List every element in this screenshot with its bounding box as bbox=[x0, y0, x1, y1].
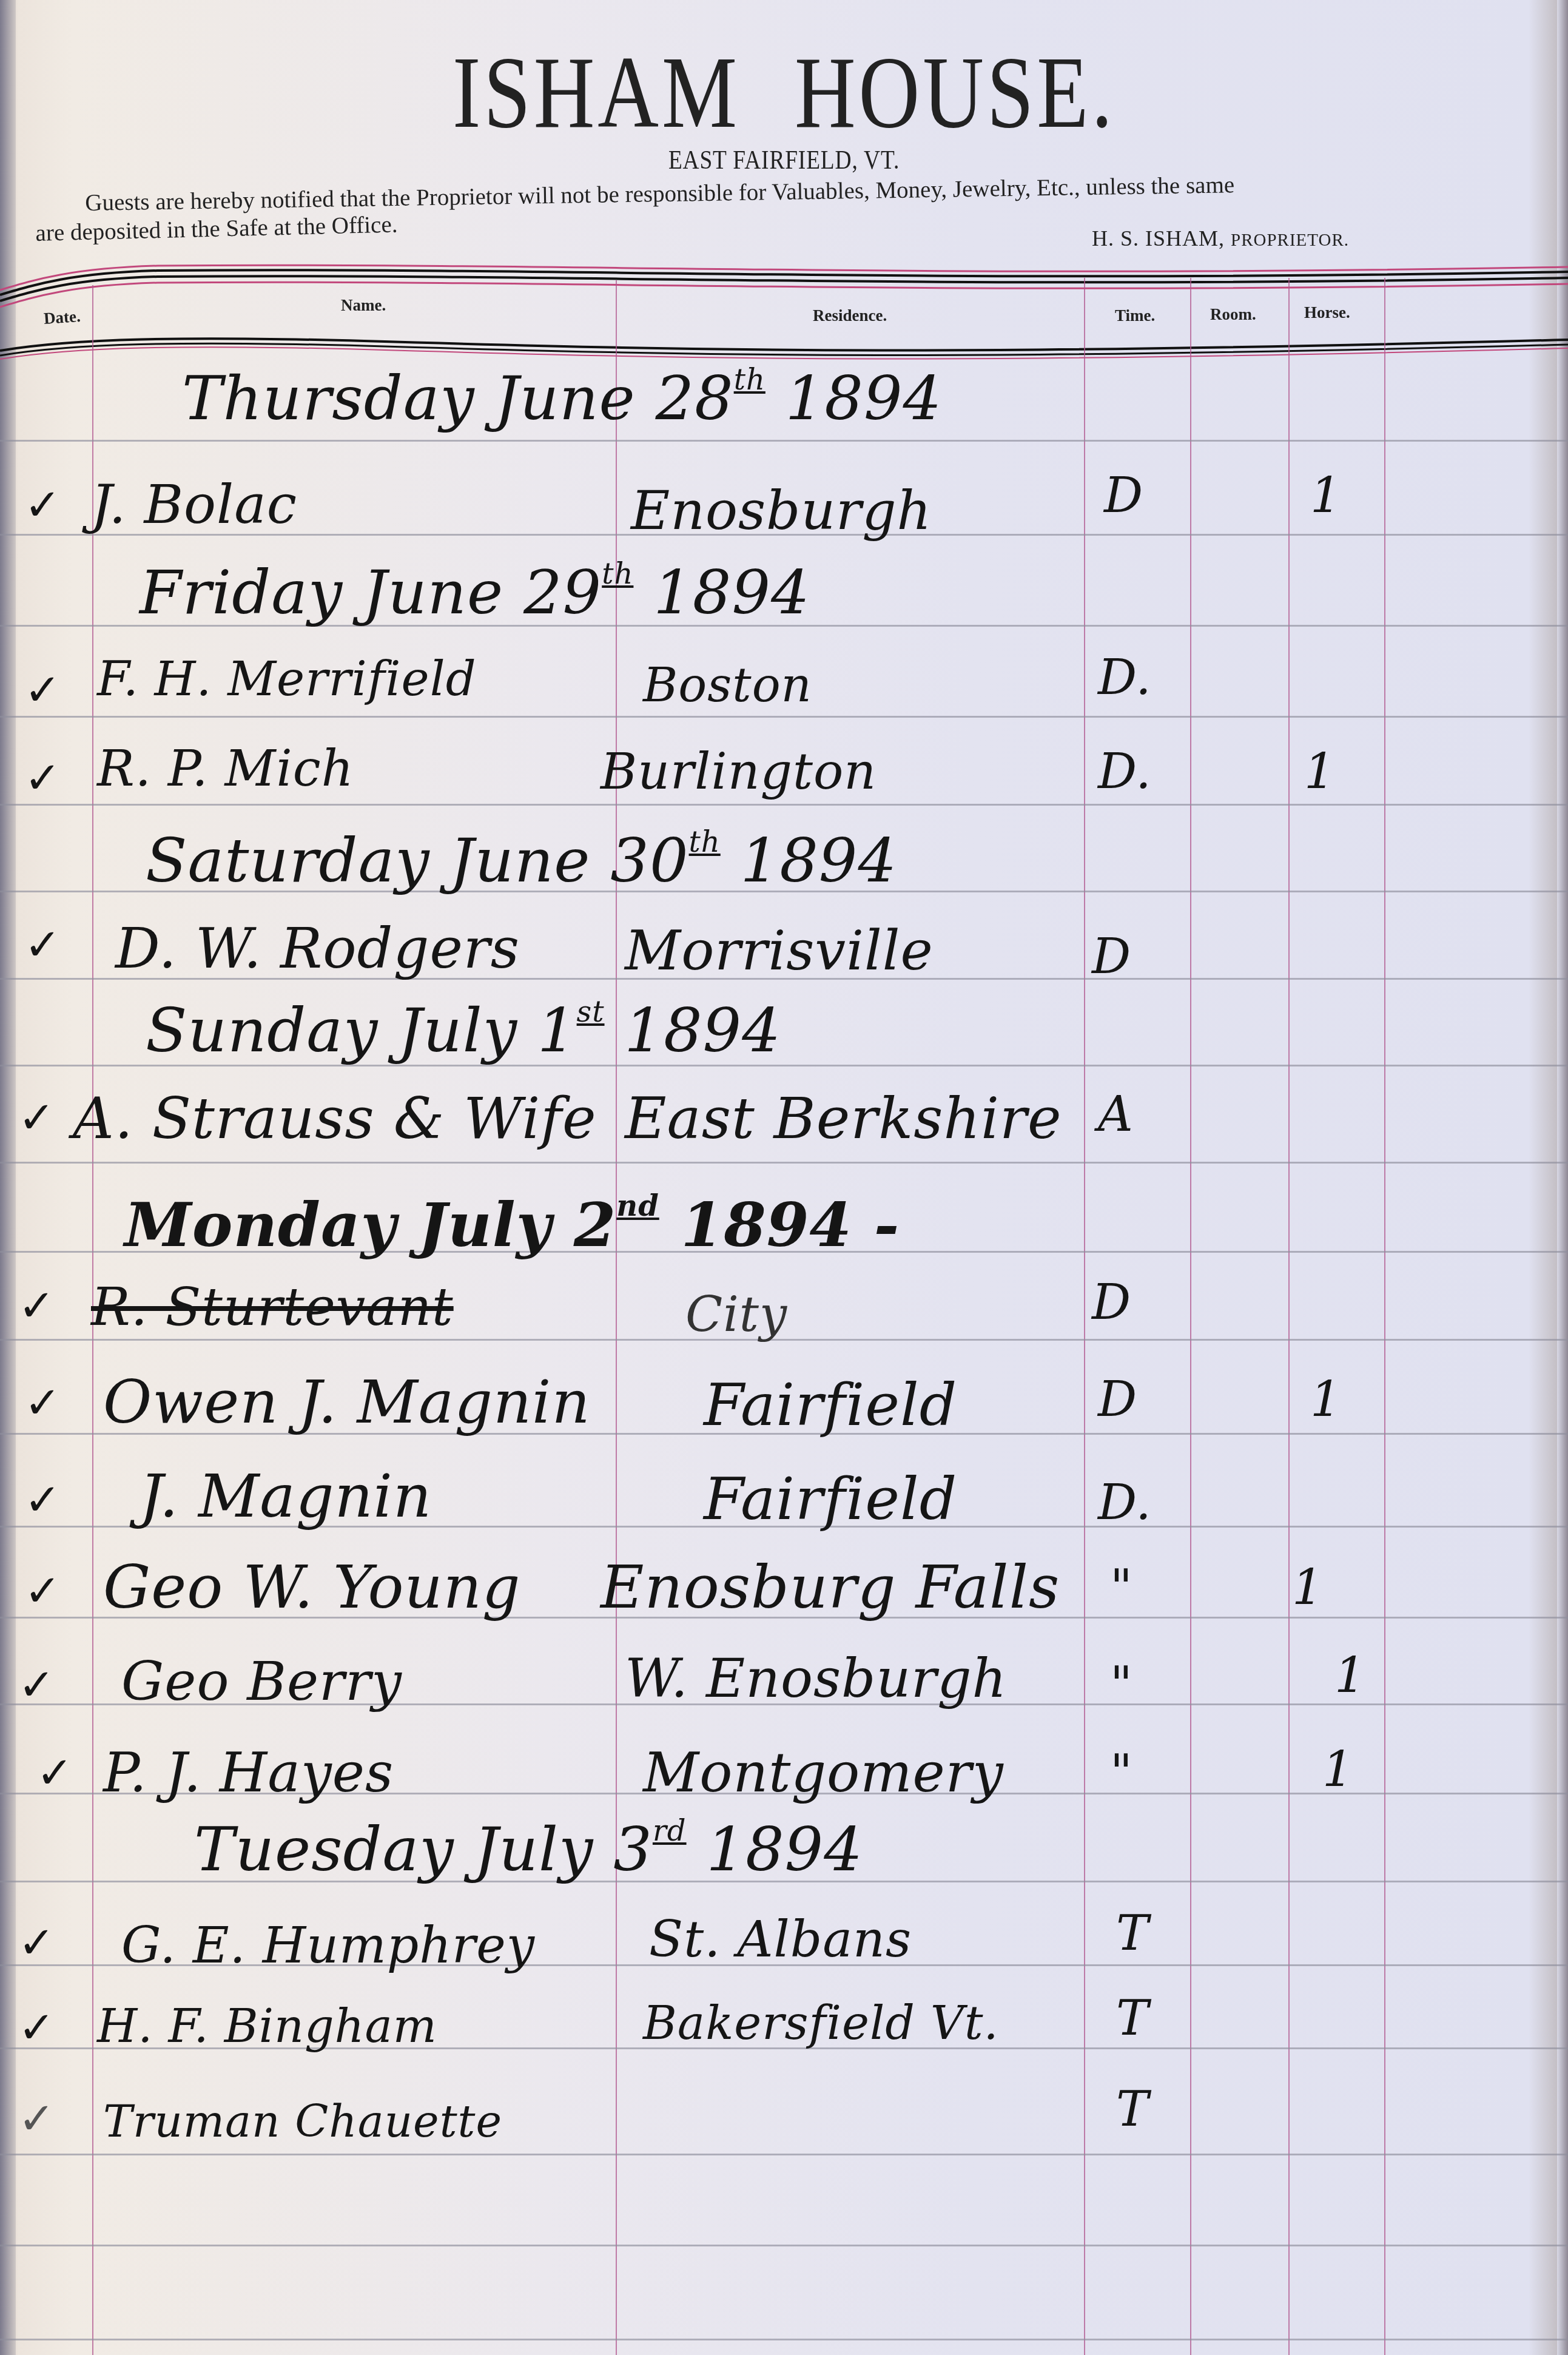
checkmark: ✓ bbox=[18, 2093, 55, 2144]
guest-residence: East Berkshire bbox=[625, 1086, 1062, 1152]
guest-time: T bbox=[1116, 2081, 1149, 2137]
ruled-line bbox=[0, 804, 1568, 806]
column-header-horse: Horse. bbox=[1304, 303, 1350, 322]
checkmark: ✓ bbox=[18, 1280, 55, 1331]
guest-name: R. Sturtevant bbox=[91, 1277, 454, 1338]
ruled-line bbox=[0, 440, 1568, 442]
ruled-line bbox=[0, 1162, 1568, 1164]
guest-residence: Fairfield bbox=[704, 1371, 957, 1439]
guest-time: " bbox=[1110, 1559, 1133, 1615]
guest-name: J. Magnin bbox=[140, 1462, 432, 1531]
guest-name: Owen J. Magnin bbox=[103, 1368, 591, 1437]
guest-horse: 1 bbox=[1304, 743, 1336, 800]
checkmark: ✓ bbox=[24, 752, 61, 803]
guest-residence: Boston bbox=[643, 658, 812, 713]
column-header-time: Time. bbox=[1115, 306, 1155, 325]
guest-time: T bbox=[1116, 1905, 1149, 1961]
checkmark: ✓ bbox=[24, 1377, 61, 1428]
date-heading-sunday: Sunday July 1st 1894 bbox=[146, 995, 781, 1066]
date-heading-monday: Monday July 2nd 1894 - bbox=[124, 1189, 900, 1261]
date-heading-saturday: Saturday June 30th 1894 bbox=[146, 825, 897, 896]
guest-name: A. Strauss & Wife bbox=[73, 1086, 597, 1152]
hotel-title: ISHAMHOUSE. bbox=[141, 33, 1427, 152]
guest-residence: Montgomery bbox=[643, 1741, 1004, 1805]
guest-name: Truman Chauette bbox=[103, 2096, 502, 2147]
checkmark: ✓ bbox=[24, 1565, 61, 1616]
checkmark: ✓ bbox=[18, 1092, 55, 1143]
column-header-room: Room. bbox=[1210, 305, 1256, 324]
column-divider-time bbox=[1190, 278, 1191, 2355]
ruled-line bbox=[0, 2245, 1568, 2246]
date-heading-thursday: Thursday June 28th 1894 bbox=[182, 363, 942, 434]
guest-name: G. E. Humphrey bbox=[121, 1917, 535, 1975]
guest-residence: Bakersfield Vt. bbox=[643, 1996, 999, 2050]
guest-residence: St. Albans bbox=[649, 1911, 912, 1969]
column-header-date: Date. bbox=[43, 307, 81, 328]
guest-horse: 1 bbox=[1322, 1741, 1354, 1797]
checkmark: ✓ bbox=[24, 479, 61, 530]
guest-name: R. P. Mich bbox=[97, 740, 354, 798]
guest-residence: City bbox=[685, 1286, 787, 1343]
guest-residence: Enosburgh bbox=[631, 479, 932, 542]
guest-time: D bbox=[1104, 467, 1143, 524]
guest-residence: Fairfield bbox=[704, 1465, 957, 1533]
guest-horse: 1 bbox=[1292, 1559, 1324, 1615]
guest-name: F. H. Merrifield bbox=[97, 652, 477, 707]
title-word-isham: ISHAM bbox=[453, 35, 740, 149]
header-bottom-rule bbox=[0, 328, 1568, 364]
guest-name: H. F. Bingham bbox=[97, 1999, 437, 2053]
guest-time: " bbox=[1110, 1656, 1133, 1713]
guest-name: D. W. Rodgers bbox=[115, 916, 520, 981]
guest-time: A bbox=[1098, 1086, 1134, 1142]
guest-name: Geo W. Young bbox=[103, 1553, 520, 1622]
top-rule-band bbox=[0, 255, 1568, 309]
date-heading-tuesday: Tuesday July 3rd 1894 bbox=[194, 1814, 863, 1885]
proprietor-title: PROPRIETOR. bbox=[1231, 231, 1349, 250]
date-heading-friday: Friday June 29th 1894 bbox=[140, 557, 810, 628]
column-header-name: Name. bbox=[341, 296, 386, 315]
title-word-house: HOUSE. bbox=[795, 35, 1115, 149]
guest-residence: Enosburg Falls bbox=[601, 1553, 1060, 1622]
proprietor-signature: H. S. ISHAM, PROPRIETOR. bbox=[1092, 226, 1349, 251]
guest-name: Geo Berry bbox=[121, 1650, 402, 1713]
column-header-residence: Residence. bbox=[813, 306, 887, 325]
column-divider-residence bbox=[1084, 278, 1085, 2355]
guest-time: D bbox=[1098, 1371, 1137, 1427]
guest-horse: 1 bbox=[1334, 1647, 1366, 1703]
checkmark: ✓ bbox=[24, 1474, 61, 1525]
column-divider-horse bbox=[1384, 278, 1385, 2355]
ruled-line bbox=[0, 2154, 1568, 2155]
guest-name: P. J. Hayes bbox=[103, 1741, 394, 1805]
checkmark: ✓ bbox=[18, 1659, 55, 1710]
guest-name: J. Bolac bbox=[91, 473, 297, 536]
checkmark: ✓ bbox=[24, 919, 61, 970]
guest-residence: Burlington bbox=[601, 743, 877, 801]
guest-time: D bbox=[1092, 1274, 1131, 1330]
guest-time: " bbox=[1110, 1744, 1133, 1801]
ruled-line bbox=[0, 2339, 1568, 2340]
guest-time: D. bbox=[1098, 1474, 1152, 1531]
proprietor-name: H. S. ISHAM, bbox=[1092, 226, 1225, 251]
guest-residence: Morrisville bbox=[625, 919, 934, 983]
checkmark: ✓ bbox=[18, 1917, 55, 1968]
guest-time: D bbox=[1092, 928, 1131, 985]
column-divider-room bbox=[1288, 278, 1290, 2355]
guest-time: T bbox=[1116, 1990, 1149, 2046]
guest-horse: 1 bbox=[1310, 1371, 1342, 1427]
checkmark: ✓ bbox=[18, 2002, 55, 2053]
checkmark: ✓ bbox=[36, 1747, 73, 1798]
checkmark: ✓ bbox=[24, 664, 61, 715]
guest-time: D. bbox=[1098, 743, 1152, 800]
ruled-line bbox=[0, 716, 1568, 718]
guest-horse: 1 bbox=[1310, 467, 1342, 524]
guest-residence: W. Enosburgh bbox=[625, 1647, 1007, 1710]
guest-time: D. bbox=[1098, 649, 1152, 706]
